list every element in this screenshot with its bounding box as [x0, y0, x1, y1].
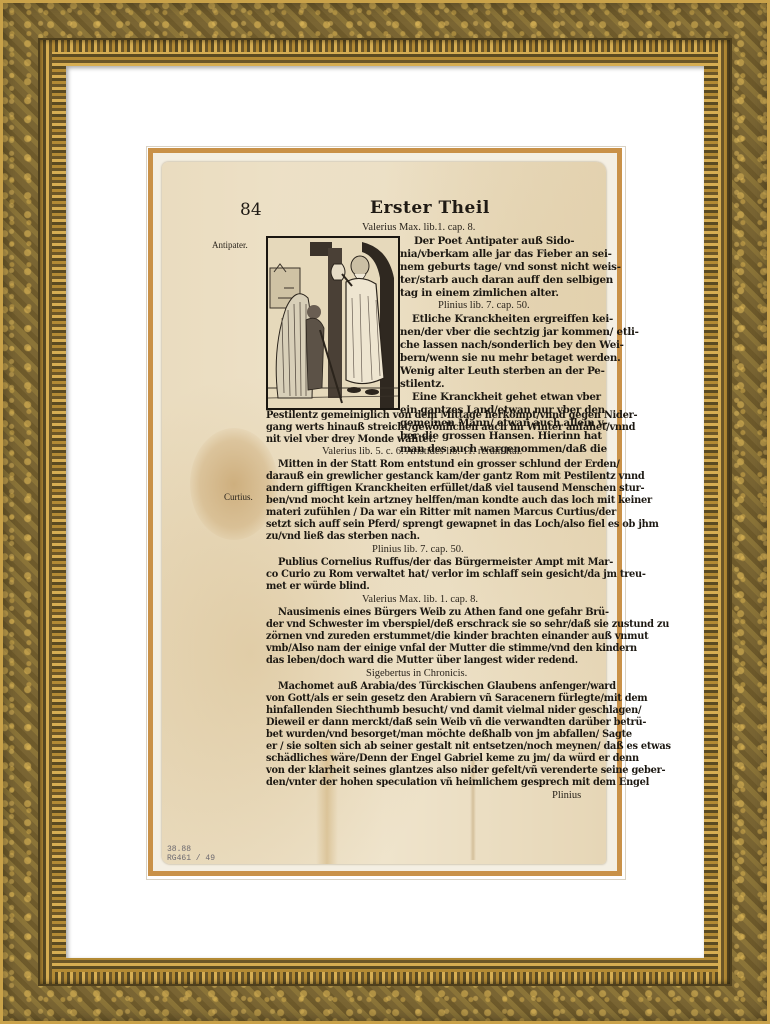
body-line: vmb/Also nam der einige vnfal der Mutter…	[266, 643, 637, 654]
body-line: das leben/doch ward die Mutter über lang…	[266, 655, 578, 666]
section-reference: Plinius lib. 7. cap. 50.	[372, 544, 464, 555]
body-line: von der klarheit seines glantzes also ni…	[266, 765, 665, 776]
body-line: Machomet auß Arabia/des Türckischen Glau…	[278, 681, 616, 692]
section-reference: Valerius Max. lib. 1. cap. 8.	[362, 594, 478, 605]
body-line: hinfallenden Siechthumb besucht/ vnd dam…	[266, 705, 641, 716]
body-line: nem geburts tage/ vnd sonst nicht weis-	[400, 261, 621, 273]
body-line: ter/starb auch daran auff den selbigen	[400, 274, 613, 286]
body-line: Mitten in der Statt Rom entstund ein gro…	[278, 459, 620, 470]
page-number: 84	[240, 200, 262, 220]
body-line: materi zufühlen / Da war ein Ritter mit …	[266, 507, 616, 518]
body-line: co Curio zu Rom verwaltet hat/ verlor im…	[266, 569, 646, 580]
body-line: Pestilentz gemeiniglich von dem Mittage …	[266, 410, 637, 421]
running-head: Erster Theil	[370, 198, 490, 218]
woodcut-illustration	[266, 236, 400, 410]
body-line: Publius Cornelius Ruffus/der das Bürgerm…	[278, 557, 613, 568]
body-line: Dieweil er dann merckt/daß sein Weib vñ …	[266, 717, 646, 728]
body-line: che lassen nach/sonderlich bey den Wei-	[400, 339, 624, 351]
section-reference: Valerius Max. lib.1. cap. 8.	[362, 222, 475, 233]
body-line: nen/der vber die sechtzig jar kommen/ et…	[400, 326, 639, 338]
water-stain	[190, 428, 278, 540]
body-line: Eine Kranckheit gehet etwan vber	[412, 391, 601, 403]
margin-note-curtius: Curtius.	[224, 492, 253, 502]
section-reference: Plinius lib. 7. cap. 50.	[438, 300, 530, 311]
body-line: ben/vnd mocht kein artzney helffen/man k…	[266, 495, 652, 506]
catchword: Plinius	[552, 790, 581, 801]
body-line: bern/wenn sie nu mehr betaget werden.	[400, 352, 620, 364]
body-line: zu/vnd ließ das sterben nach.	[266, 531, 420, 542]
body-line: zörnen vnd zureden erstummet/die kinder …	[266, 631, 648, 642]
body-line: nia/vberkam alle jar das Fieber an sei-	[400, 248, 612, 260]
body-line: stilentz.	[400, 378, 444, 390]
body-line: darauß ein grewlicher gestanck kam/der g…	[266, 471, 644, 482]
body-line: Nausimenis eines Bürgers Weib zu Athen f…	[278, 607, 609, 618]
body-line: nit viel vber drey Monde wähtet.	[266, 434, 436, 445]
section-reference: Sigebertus in Chronicis.	[366, 668, 467, 679]
body-line: schädliches wäre/Denn der Engel Gabriel …	[266, 753, 639, 764]
body-line: Etliche Kranckheiten ergreiffen kei-	[412, 313, 613, 325]
margin-note-antipater: Antipater.	[212, 240, 248, 250]
section-reference: Valerius lib. 5. c. 6. Aristides lib. 11…	[322, 446, 522, 457]
body-line: Der Poet Antipater auß Sido-	[414, 235, 574, 247]
body-line: bet wurden/vnd besorget/man möchte deßha…	[266, 729, 632, 740]
body-line: met er würde blind.	[266, 581, 369, 592]
body-line: tag in einem zimlichen alter.	[400, 287, 559, 299]
body-line: Wenig alter Leuth sterben an der Pe-	[400, 365, 605, 377]
woodcut-figures-icon	[268, 238, 398, 408]
body-line: den/vnter der hohen speculation vñ heiml…	[266, 777, 649, 788]
body-line: von Gott/als er sein gesetz den Arabiern…	[266, 693, 647, 704]
body-line: er / sie solten sich ab seiner gestalt n…	[266, 741, 671, 752]
body-line: andern gifftigen Kranckheiten erfüllet/d…	[266, 483, 644, 494]
body-line: setzt sich auff sein Pferd/ sprengt gewa…	[266, 519, 659, 530]
body-line: der vnd Schwester im vberspiel/deß ersch…	[266, 619, 669, 630]
body-line: gang werts hinauß streicht/gewönlichen a…	[266, 422, 635, 433]
archive-accession-number: 38.88 RG461 / 49	[167, 845, 215, 863]
